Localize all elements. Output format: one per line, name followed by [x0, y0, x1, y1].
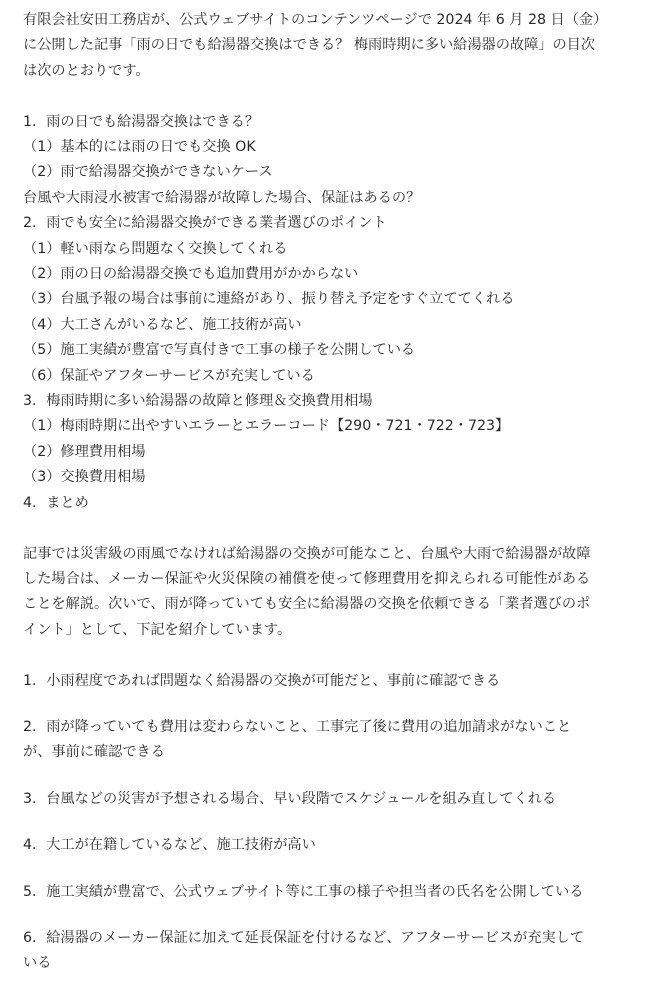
spacer [23, 766, 638, 787]
point-item: 5．施工実績が豊富で、公式ウェブサイト等に工事の様子や担当者の氏名を公開している [23, 880, 638, 905]
point-item: 2．雨が降っていても費用は変わらないこと、工事完了後に費用の追加請求がないこと … [23, 715, 638, 766]
point-item: 4．大工が在籍しているなど、施工技術が高い [23, 833, 638, 858]
point-item: 6．給湯器のメーカー保証に加えて延長保証を付けるなど、アフターサービスが充実して… [23, 926, 638, 977]
toc-subitem: （1）基本的には雨の日でも交換 OK [23, 135, 638, 160]
summary-line: 記事では災害級の雨風でなければ給湯器の交換が可能なこと、台風や大雨で給湯器が故障 [23, 542, 638, 567]
toc-heading: 2．雨でも安全に給湯器交換ができる業者選びのポイント [23, 211, 638, 236]
spacer [23, 812, 638, 833]
summary-line: ことを解説。次いで、雨が降っていても安全に給湯器の交換を依頼できる「業者選びのポ [23, 592, 638, 617]
intro-paragraph: 有限会社安田工務店が、公式ウェブサイトのコンテンツページで 2024 年 6 月… [23, 8, 638, 84]
spacer [23, 859, 638, 880]
toc-subitem: （3）台風予報の場合は事前に連絡があり、振り替え予定をすぐ立ててくれる [23, 287, 638, 312]
point-line: が、事前に確認できる [23, 740, 638, 765]
point-line: 1．小雨程度であれば問題なく給湯器の交換が可能だと、事前に確認できる [23, 669, 638, 694]
intro-line: に公開した記事「雨の日でも給湯器交換はできる？ 梅雨時期に多い給湯器の故障」の目… [23, 33, 638, 58]
toc-subitem: （2）雨で給湯器交換ができないケース [23, 160, 638, 185]
toc-subitem: （1）軽い雨なら問題なく交換してくれる [23, 237, 638, 262]
toc-heading: 4．まとめ [23, 491, 638, 516]
summary-paragraph: 記事では災害級の雨風でなければ給湯器の交換が可能なこと、台風や大雨で給湯器が故障… [23, 542, 638, 644]
toc-subitem: （3）交換費用相場 [23, 465, 638, 490]
point-line: 5．施工実績が豊富で、公式ウェブサイト等に工事の様子や担当者の氏名を公開している [23, 880, 638, 905]
point-item: 3．台風などの災害が予想される場合、早い段階でスケジュールを組み直してくれる [23, 787, 638, 812]
point-line: いる [23, 951, 638, 976]
spacer [23, 694, 638, 715]
toc-subitem: （2）雨の日の給湯器交換でも追加費用がかからない [23, 262, 638, 287]
intro-line: 有限会社安田工務店が、公式ウェブサイトのコンテンツページで 2024 年 6 月… [23, 8, 638, 33]
point-line: 6．給湯器のメーカー保証に加えて延長保証を付けるなど、アフターサービスが充実して [23, 926, 638, 951]
toc-subitem: （6）保証やアフターサービスが充実している [23, 364, 638, 389]
toc-subitem: 台風や大雨浸水被害で給湯器が故障した場合、保証はあるの？ [23, 186, 638, 211]
intro-line: は次のとおりです。 [23, 59, 638, 84]
spacer [23, 905, 638, 926]
point-line: 3．台風などの災害が予想される場合、早い段階でスケジュールを組み直してくれる [23, 787, 638, 812]
point-item: 1．小雨程度であれば問題なく給湯器の交換が可能だと、事前に確認できる [23, 669, 638, 694]
point-line: 2．雨が降っていても費用は変わらないこと、工事完了後に費用の追加請求がないこと [23, 715, 638, 740]
toc-subitem: （1）梅雨時期に出やすいエラーとエラーコード【290・721・722・723】 [23, 414, 638, 439]
spacer [23, 643, 638, 668]
toc-heading: 1．雨の日でも給湯器交換はできる？ [23, 110, 638, 135]
spacer [23, 84, 638, 109]
summary-line: イント」として、下記を紹介しています。 [23, 618, 638, 643]
toc-subitem: （4）大工さんがいるなど、施工技術が高い [23, 313, 638, 338]
toc-subitem: （2）修理費用相場 [23, 440, 638, 465]
point-line: 4．大工が在籍しているなど、施工技術が高い [23, 833, 638, 858]
table-of-contents: 1．雨の日でも給湯器交換はできる？ （1）基本的には雨の日でも交換 OK （2）… [23, 110, 638, 517]
summary-line: した場合は、メーカー保証や火災保険の補償を使って修理費用を抑えられる可能性がある [23, 567, 638, 592]
toc-subitem: （5）施工実績が豊富で写真付きで工事の様子を公開している [23, 338, 638, 363]
points-list: 1．小雨程度であれば問題なく給湯器の交換が可能だと、事前に確認できる 2．雨が降… [23, 669, 638, 977]
toc-heading: 3．梅雨時期に多い給湯器の故障と修理＆交換費用相場 [23, 389, 638, 414]
document-page: 有限会社安田工務店が、公式ウェブサイトのコンテンツページで 2024 年 6 月… [0, 0, 638, 977]
spacer [23, 516, 638, 541]
